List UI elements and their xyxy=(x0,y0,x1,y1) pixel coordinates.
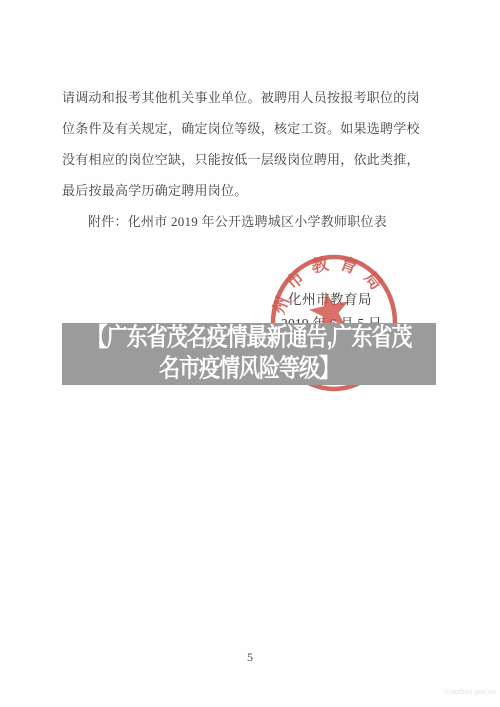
caption-overlay: 【广东省茂名疫情最新通告,广东省茂 名市疫情风险等级】 xyxy=(62,323,436,385)
caption-title: 【广东省茂名疫情最新通告,广东省茂 名市疫情风险等级】 xyxy=(87,323,412,384)
paragraph-line-1: 请调动和报考其他机关事业单位。被聘用人员按报考职位的岗 xyxy=(62,89,420,107)
attachment-line: 附件：化州市 2019 年公开选聘城区小学教师职位表 xyxy=(88,211,387,230)
caption-line-2: 名市疫情风险等级】 xyxy=(87,354,412,385)
paragraph-line-2: 位条件及有关规定，确定岗位等级，核定工资。如果选聘学校 xyxy=(62,120,420,138)
paragraph-line-3: 没有相应的岗位空缺，只能按低一层级岗位聘用，依此类推， xyxy=(62,151,420,169)
page-number: 5 xyxy=(0,650,500,665)
caption-line-1: 【广东省茂名疫情最新通告,广东省茂 xyxy=(87,323,412,354)
paragraph-line-4: 最后按最高学历确定聘用岗位。 xyxy=(62,182,248,200)
watermark: huazhou.gov.cn xyxy=(444,689,496,696)
document-page: 请调动和报考其他机关事业单位。被聘用人员按报考职位的岗 位条件及有关规定，确定岗… xyxy=(0,0,500,707)
